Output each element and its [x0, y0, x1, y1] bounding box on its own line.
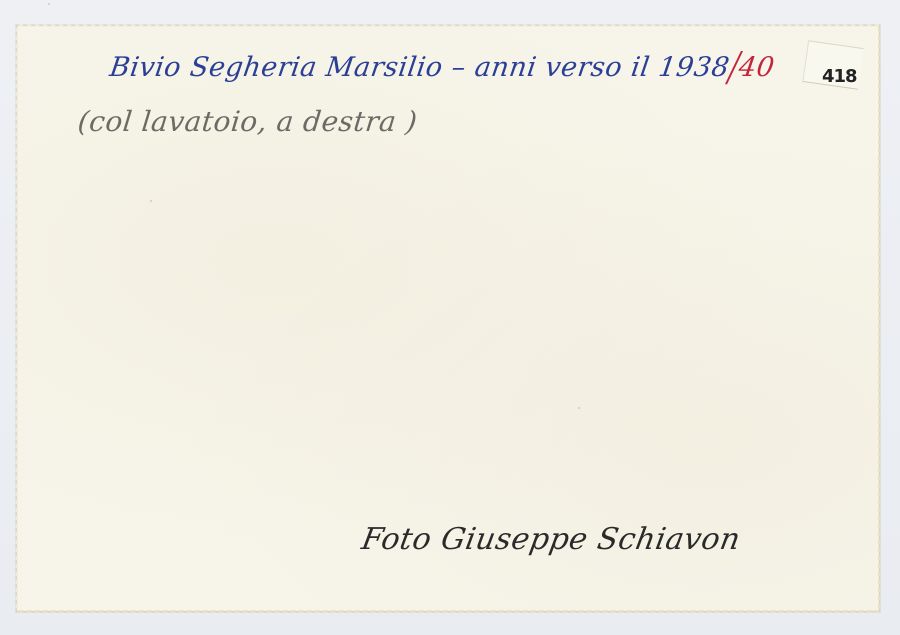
paper-fleck: [48, 3, 50, 5]
caption-year-correction: 40: [737, 52, 777, 83]
paper-fleck: [578, 407, 580, 409]
deckled-edge-right: [878, 26, 882, 611]
deckled-edge-left: [14, 26, 18, 611]
deckled-edge-top: [17, 23, 879, 27]
caption-text: Bivio Segheria Marsilio – anni verso il …: [108, 52, 732, 83]
deckled-edge-bottom: [17, 610, 879, 614]
caption-line-1: Bivio Segheria Marsilio – anni verso il …: [108, 52, 777, 83]
photographer-signature: Foto Giuseppe Schiavon: [359, 522, 743, 557]
paper-fleck: [150, 200, 152, 202]
caption-line-2: (col lavatoio, a destra ): [76, 105, 419, 138]
scan-background: Bivio Segheria Marsilio – anni verso il …: [0, 0, 900, 635]
archive-number: 418: [822, 66, 857, 87]
